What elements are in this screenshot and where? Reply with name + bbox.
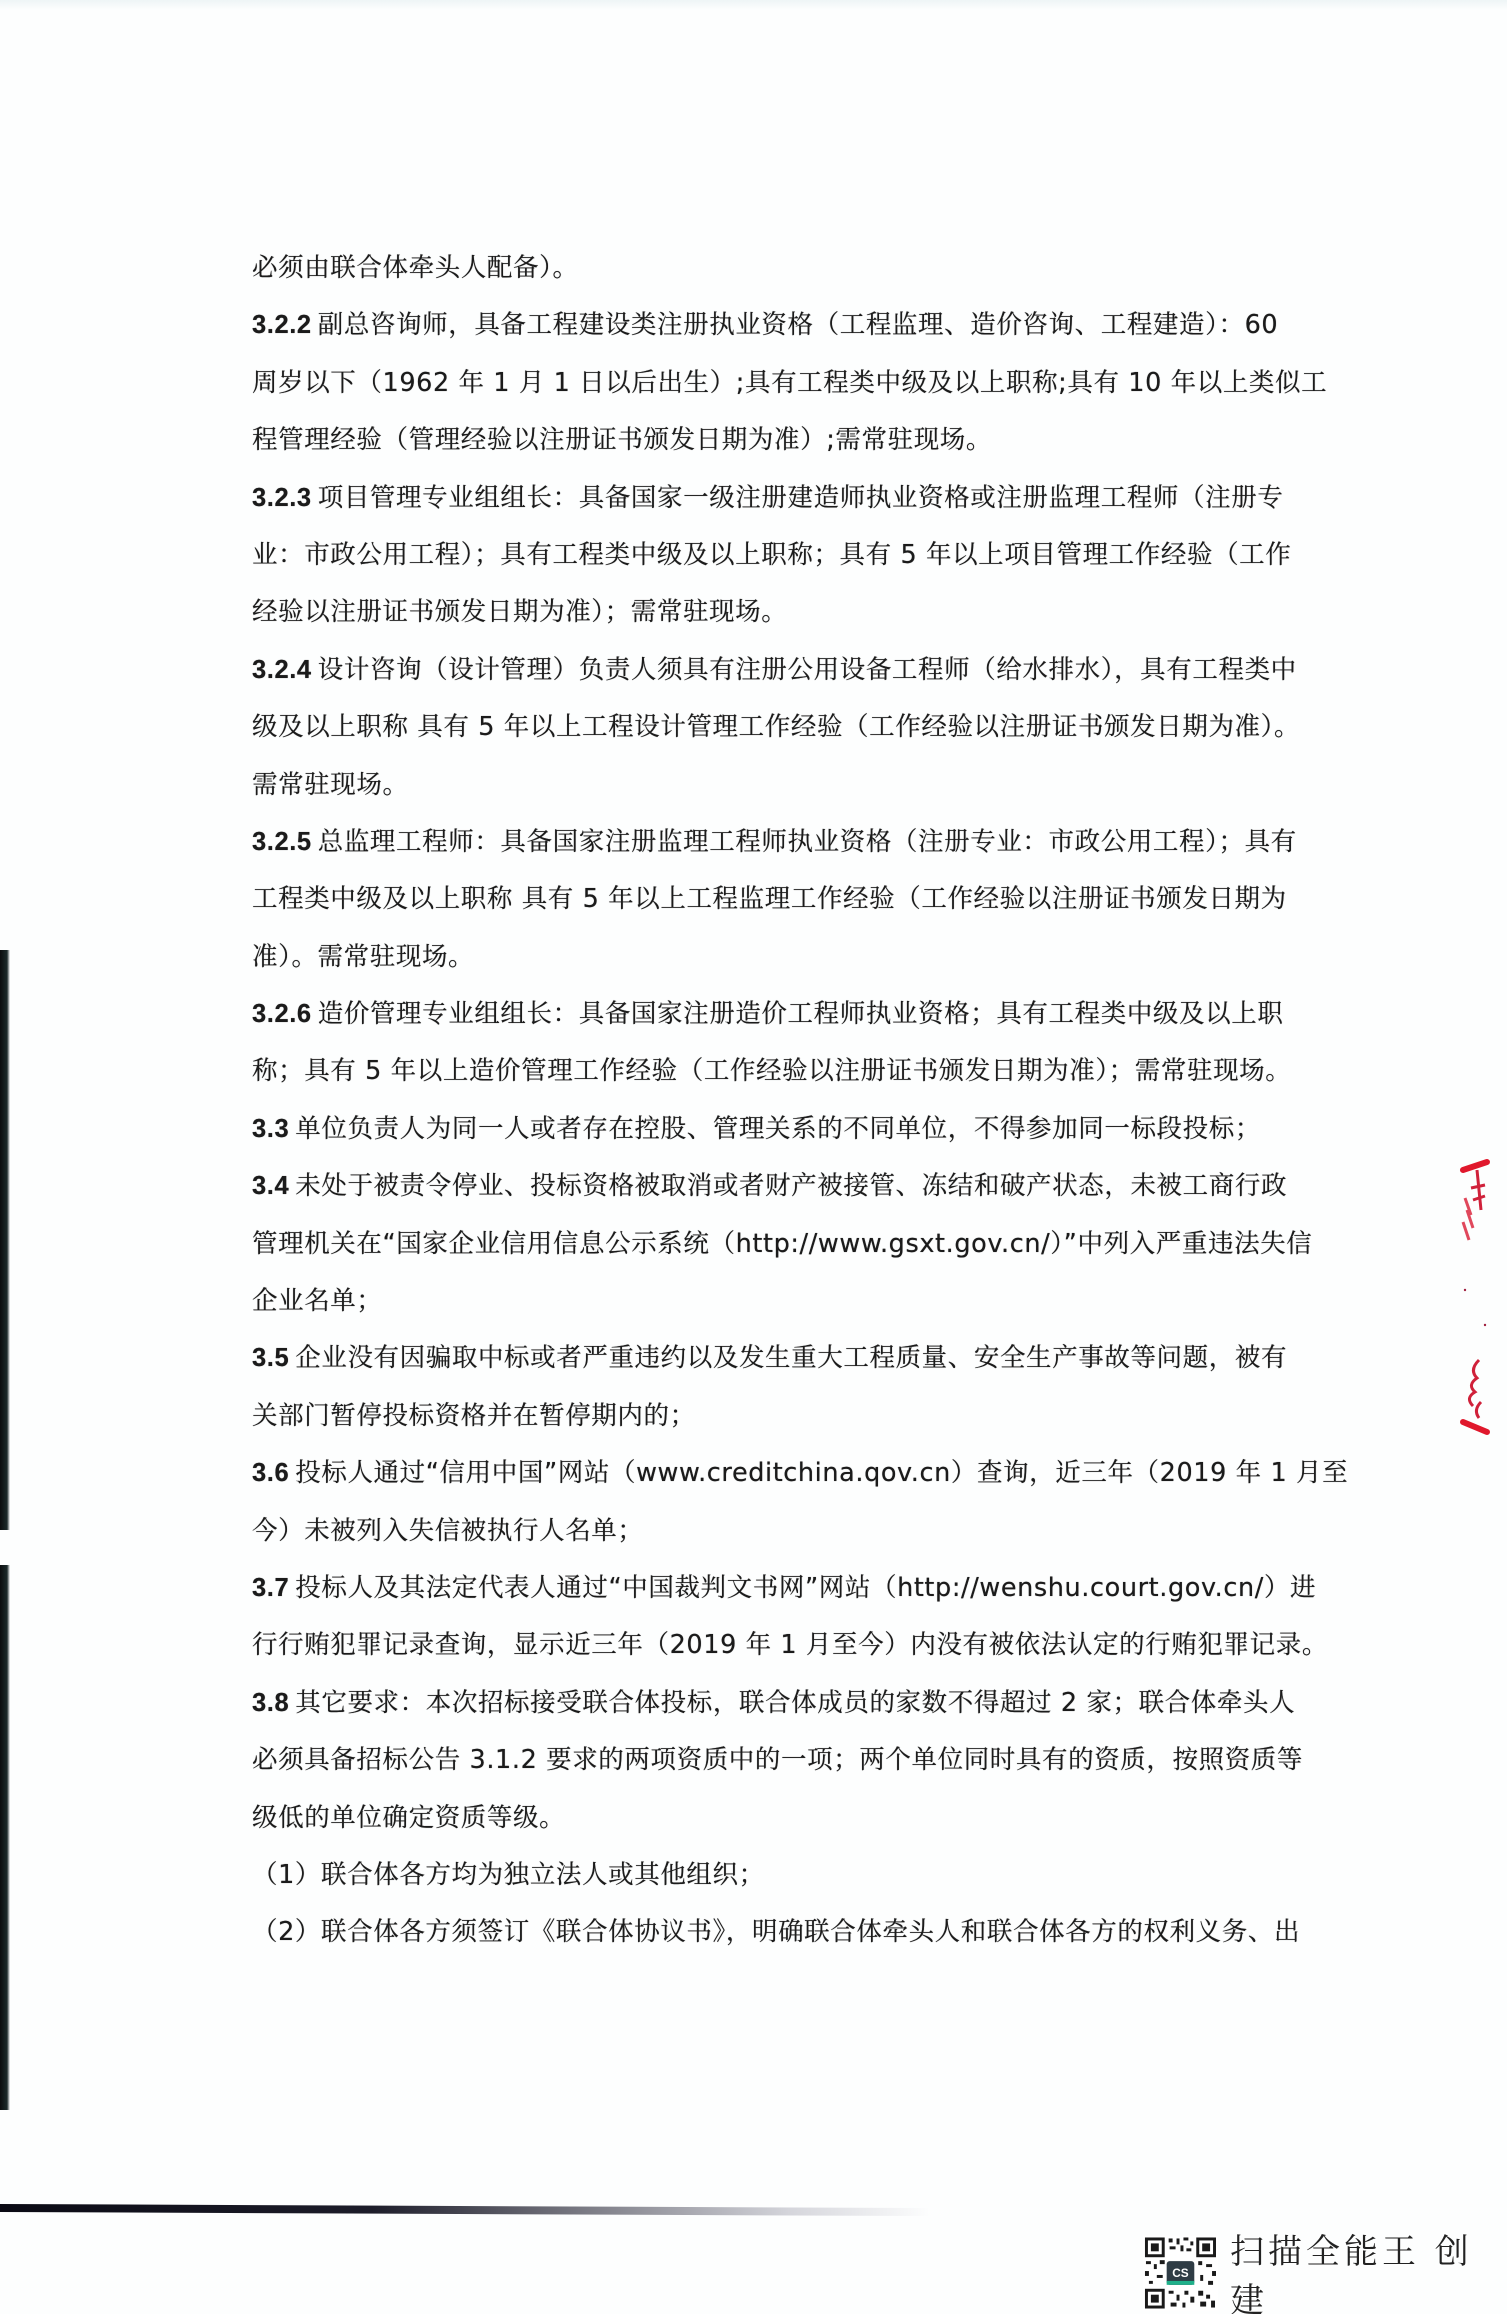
text-line: 企业名单； xyxy=(252,1273,1267,1330)
text-line: 管理机关在“国家企业信用信息公示系统（http://www.gsxt.gov.c… xyxy=(252,1216,1267,1273)
text-line: 需常驻现场。 xyxy=(252,757,1267,814)
text-line: 周岁以下（1962 年 1 月 1 日以后出生）;具有工程类中级及以上职称;具有… xyxy=(252,355,1267,412)
clause-3-7: 3.7投标人及其法定代表人通过“中国裁判文书网”网站（http://wenshu… xyxy=(252,1560,1267,1617)
text-line: 级低的单位确定资质等级。 xyxy=(252,1790,1267,1847)
scan-bottom-edge-shadow xyxy=(0,2204,930,2216)
text-line: 准）。需常驻现场。 xyxy=(252,929,1267,986)
text-line: 业：市政公用工程）；具有工程类中级及以上职称；具有 5 年以上项目管理工作经验（… xyxy=(252,527,1267,584)
text-line: 必须具备招标公告 3.1.2 要求的两项资质中的一项；两个单位同时具有的资质，按… xyxy=(252,1732,1267,1789)
red-seal-stamp-icon xyxy=(1455,1140,1495,1440)
qr-code-icon: CS xyxy=(1143,2235,1218,2311)
clause-3-2-4: 3.2.4设计咨询（设计管理）负责人须具有注册公用设备工程师（给水排水），具有工… xyxy=(252,642,1267,699)
text-line: 经验以注册证书颁发日期为准）；需常驻现场。 xyxy=(252,584,1267,641)
text-line: 行行贿犯罪记录查询，显示近三年（2019 年 1 月至今）内没有被依法认定的行贿… xyxy=(252,1617,1267,1674)
scan-left-edge-shadow xyxy=(0,1565,10,2110)
list-item-1: （1）联合体各方均为独立法人或其他组织； xyxy=(252,1847,1267,1904)
list-item-2: （2）联合体各方须签订《联合体协议书》，明确联合体牵头人和联合体各方的权利义务、… xyxy=(252,1904,1267,1961)
text-line: 工程类中级及以上职称 具有 5 年以上工程监理工作经验（工作经验以注册证书颁发日… xyxy=(252,871,1267,928)
text-line: 级及以上职称 具有 5 年以上工程设计管理工作经验（工作经验以注册证书颁发日期为… xyxy=(252,699,1267,756)
clause-3-2-3: 3.2.3项目管理专业组组长：具备国家一级注册建造师执业资格或注册监理工程师（注… xyxy=(252,470,1267,527)
clause-3-2-5: 3.2.5总监理工程师：具备国家注册监理工程师执业资格（注册专业：市政公用工程）… xyxy=(252,814,1267,871)
text-line: 称；具有 5 年以上造价管理工作经验（工作经验以注册证书颁发日期为准）；需常驻现… xyxy=(252,1043,1267,1100)
svg-text:CS: CS xyxy=(1172,2266,1189,2280)
text-line: 必须由联合体牵头人配备）。 xyxy=(252,240,1267,297)
clause-3-3: 3.3单位负责人为同一人或者存在控股、管理关系的不同单位，不得参加同一标段投标； xyxy=(252,1101,1267,1158)
scanner-watermark: CS 扫描全能王 创建 xyxy=(1143,2235,1507,2311)
clause-3-2-2: 3.2.2副总咨询师，具备工程建设类注册执业资格（工程监理、造价咨询、工程建造）… xyxy=(252,297,1267,354)
clause-3-2-6: 3.2.6造价管理专业组组长：具备国家注册造价工程师执业资格；具有工程类中级及以… xyxy=(252,986,1267,1043)
text-line: 关部门暂停投标资格并在暂停期内的； xyxy=(252,1388,1267,1445)
clause-3-6: 3.6投标人通过“信用中国”网站（www.creditchina.qov.cn）… xyxy=(252,1445,1267,1502)
text-line: 程管理经验（管理经验以注册证书颁发日期为准）;需常驻现场。 xyxy=(252,412,1267,469)
clause-3-5: 3.5企业没有因骗取中标或者严重违约以及发生重大工程质量、安全生产事故等问题，被… xyxy=(252,1330,1267,1387)
scan-left-edge-shadow xyxy=(0,950,10,1530)
watermark-text: 扫描全能王 创建 xyxy=(1230,2224,1507,2314)
document-body: 必须由联合体牵头人配备）。 3.2.2副总咨询师，具备工程建设类注册执业资格（工… xyxy=(252,240,1267,1962)
scan-top-edge xyxy=(0,0,1507,10)
clause-3-4: 3.4未处于被责令停业、投标资格被取消或者财产被接管、冻结和破产状态，未被工商行… xyxy=(252,1158,1267,1215)
clause-3-8: 3.8其它要求：本次招标接受联合体投标，联合体成员的家数不得超过 2 家；联合体… xyxy=(252,1675,1267,1732)
text-line: 今）未被列入失信被执行人名单； xyxy=(252,1503,1267,1560)
scanned-page: 必须由联合体牵头人配备）。 3.2.2副总咨询师，具备工程建设类注册执业资格（工… xyxy=(0,0,1507,2314)
